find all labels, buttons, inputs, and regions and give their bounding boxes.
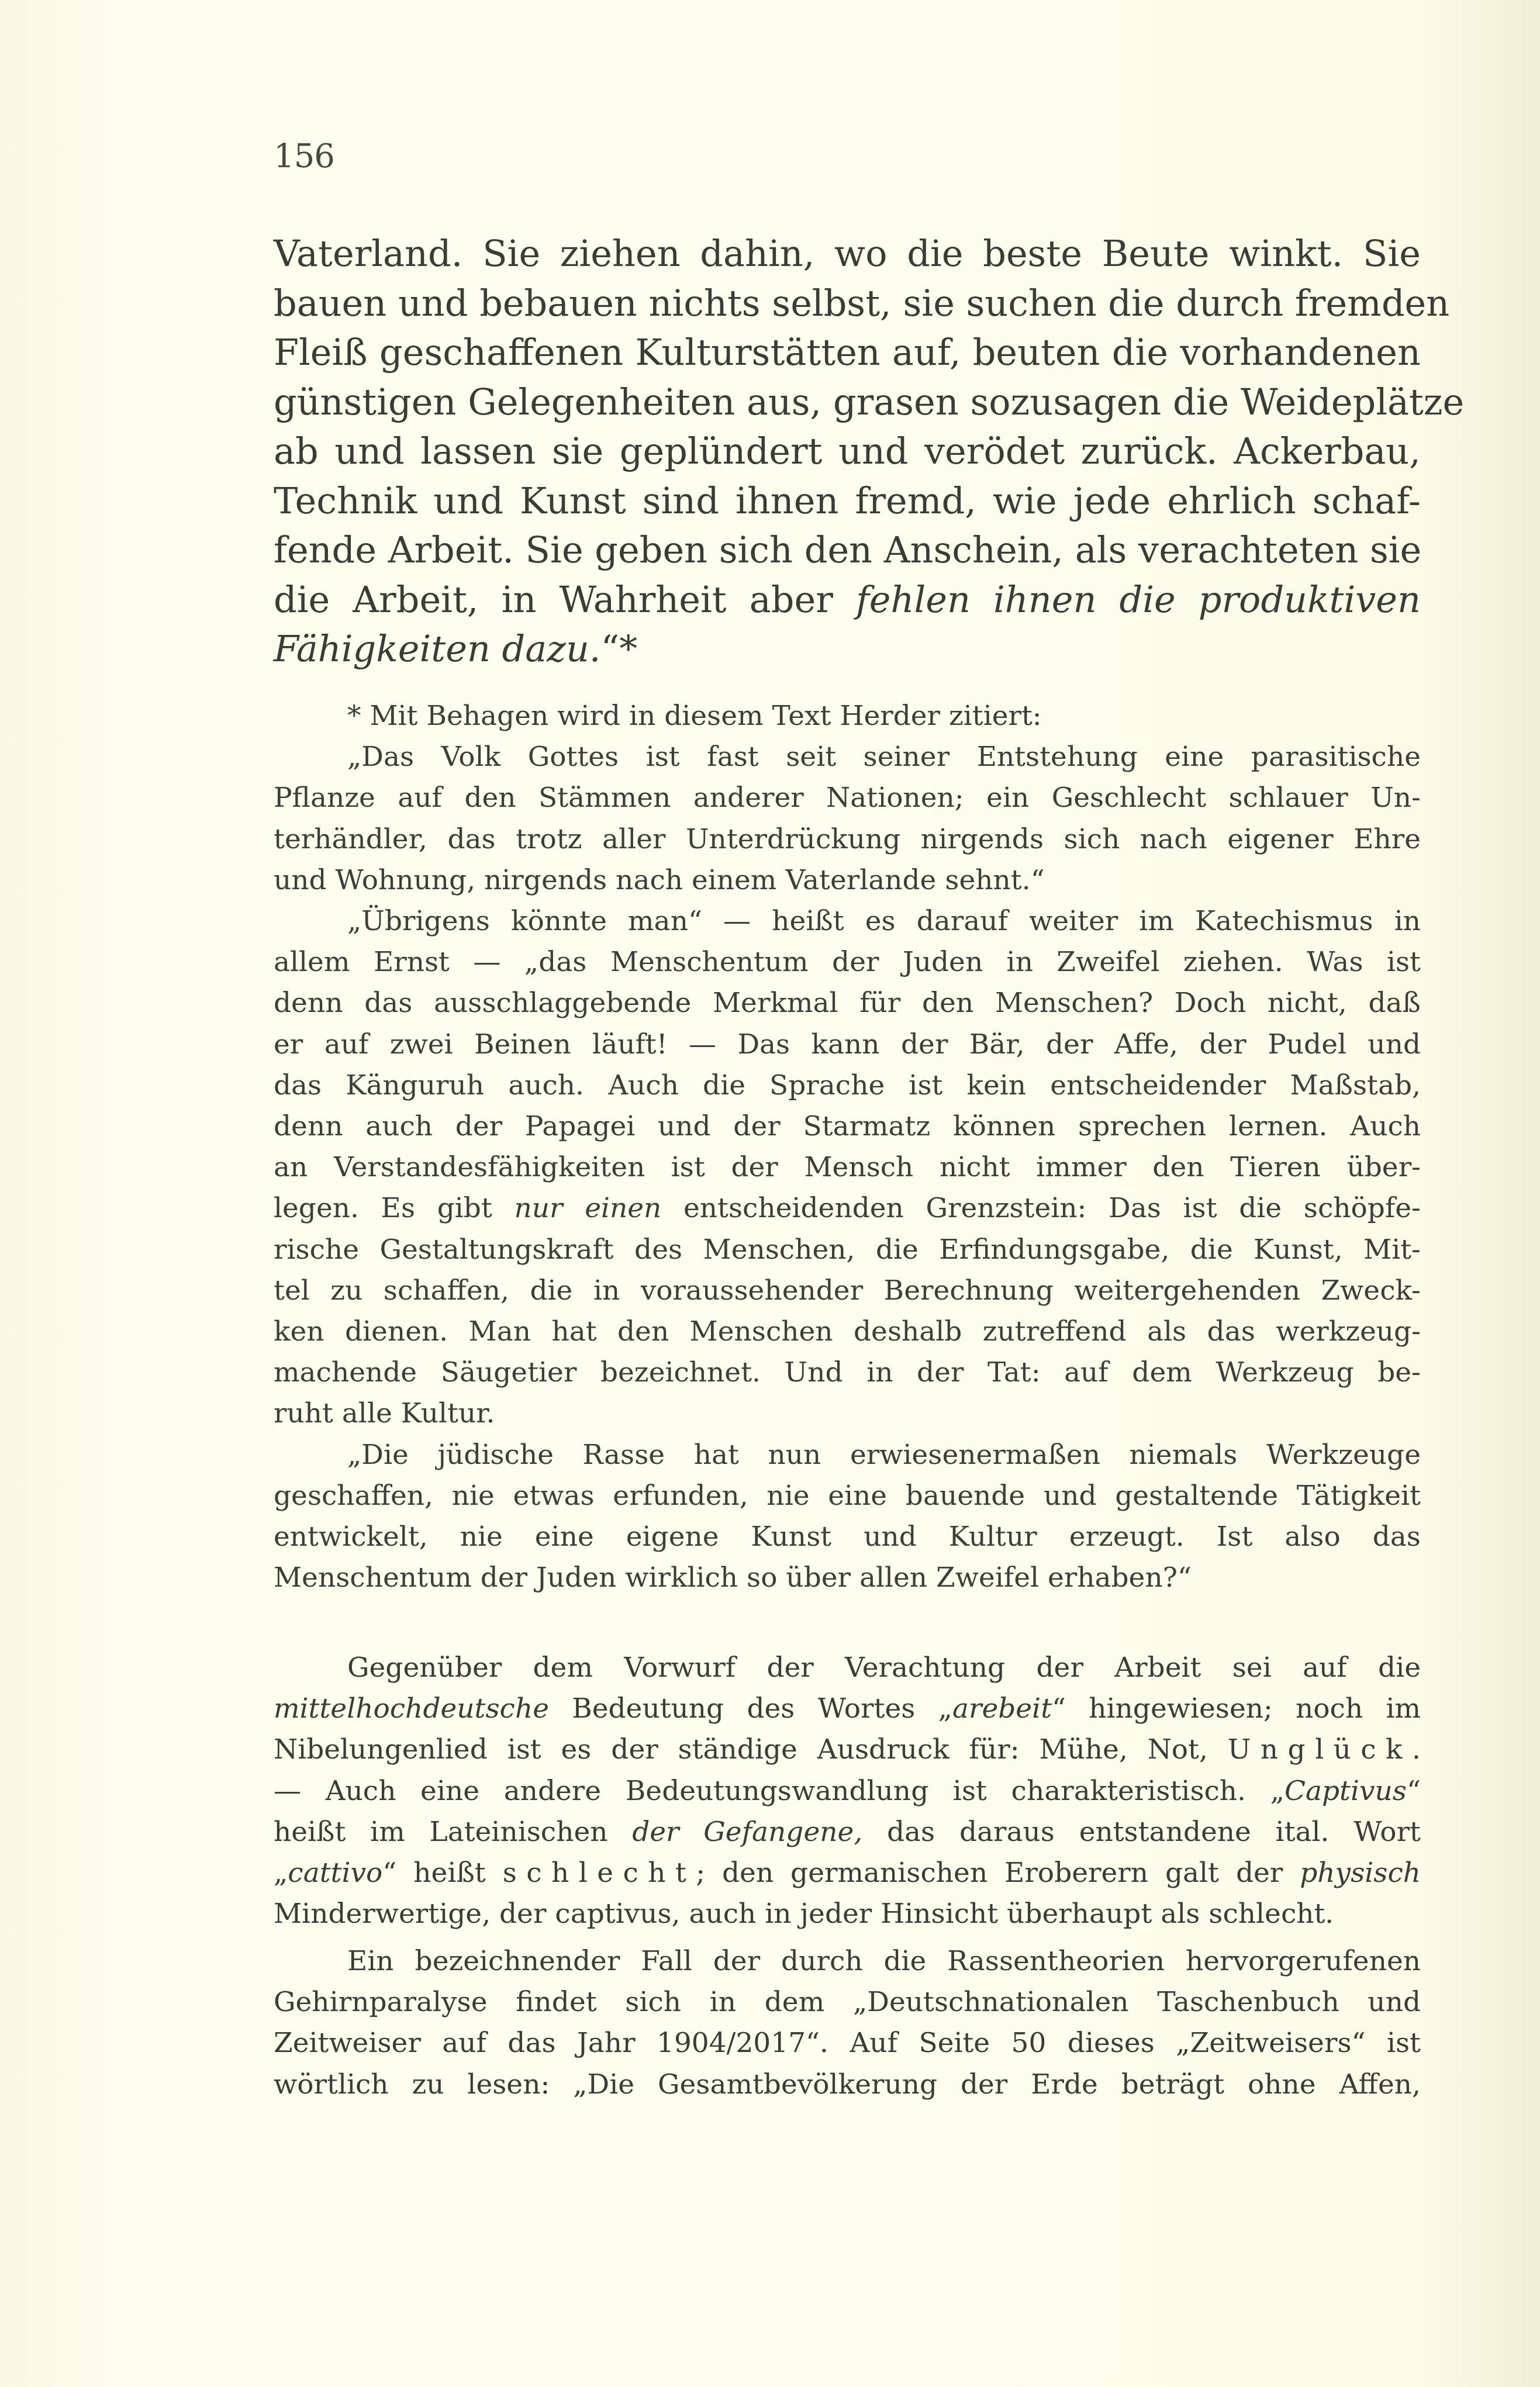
- quote-line: machende Säugetier bezeichnet. Und in de…: [274, 1352, 1421, 1393]
- quote-line: „Übrigens könnte man“ — heißt es darauf …: [274, 901, 1421, 942]
- text-line: Zeitweiser auf das Jahr 1904/2017“. Auf …: [274, 2023, 1421, 2064]
- text-line: ab und lassen sie geplündert und verödet…: [274, 427, 1421, 476]
- emphasis-text: arebeit: [952, 1692, 1052, 1725]
- quote-line: an Verstandesfähigkeiten ist der Mensch …: [274, 1147, 1421, 1188]
- quote-line: terhändler, das trotz aller Unterdrückun…: [274, 819, 1421, 860]
- text-line: Fleiß geschaffenen Kulturstätten auf, be…: [274, 328, 1421, 378]
- quote-line: tel zu schaffen, die in voraussehender B…: [274, 1270, 1421, 1311]
- text-run: die Arbeit, in Wahrheit aber: [274, 578, 856, 621]
- text-line: Gehirnparalyse findet sich in dem „Deuts…: [274, 1982, 1421, 2023]
- footnote-intro: * Mit Behagen wird in diesem Text Herder…: [274, 696, 1421, 737]
- text-line: Minderwertige, der captivus, auch in jed…: [274, 1894, 1421, 1935]
- quote-line: entwickelt, nie eine eigene Kunst und Ku…: [274, 1517, 1421, 1557]
- text-run: ; den germanischen Eroberern galt der: [696, 1857, 1300, 1889]
- quote-line: und Wohnung, nirgends nach einem Vaterla…: [274, 860, 1421, 901]
- page-number: 156: [274, 136, 334, 178]
- text-line: Ein bezeichnender Fall der durch die Ras…: [274, 1941, 1421, 1982]
- emphasis-text: Captivus: [1285, 1775, 1407, 1807]
- text-line: Technik und Kunst sind ihnen fremd, wie …: [274, 476, 1421, 526]
- text-line: Vaterland. Sie ziehen dahin, wo die best…: [274, 229, 1421, 279]
- main-paragraph-1: Vaterland. Sie ziehen dahin, wo die best…: [274, 229, 1421, 674]
- text-run: legen. Es gibt: [274, 1192, 514, 1224]
- emphasis-text: der Gefangene,: [632, 1816, 862, 1848]
- emphasis-text: nur einen: [514, 1192, 661, 1224]
- quote-line: ruht alle Kultur.: [274, 1393, 1421, 1434]
- text-run: das daraus entstandene ital. Wort: [862, 1816, 1421, 1848]
- emphasis-text: cattivo: [288, 1857, 382, 1889]
- text-line: Nibelungenlied ist es der ständige Ausdr…: [274, 1729, 1421, 1770]
- text-line: günstigen Gelegenheiten aus, grasen sozu…: [274, 378, 1421, 427]
- emphasis-text: mittelhochdeutsche: [274, 1692, 549, 1725]
- quote-line: legen. Es gibt nur einen entscheidenden …: [274, 1188, 1421, 1229]
- quote-line: Menschentum der Juden wirklich so über a…: [274, 1557, 1421, 1598]
- text-line: „cattivo“ heißt schlecht; den germanisch…: [274, 1853, 1421, 1894]
- quote-line: „Das Volk Gottes ist fast seit seiner En…: [274, 737, 1421, 778]
- text-line: Fähigkeiten dazu.“*: [274, 624, 1421, 674]
- text-run: “: [1407, 1775, 1421, 1807]
- main-paragraph-2: Gegenüber dem Vorwurf der Verachtung der…: [274, 1647, 1421, 1935]
- quote-line: allem Ernst — „das Menschentum der Juden…: [274, 942, 1421, 983]
- text-run: Nibelungenlied ist es der ständige Ausdr…: [274, 1733, 1228, 1766]
- text-line: die Arbeit, in Wahrheit aber fehlen ihne…: [274, 575, 1421, 625]
- quote-line: ken dienen. Man hat den Menschen deshalb…: [274, 1311, 1421, 1352]
- text-line: wörtlich zu lesen: „Die Gesamtbevölkerun…: [274, 2064, 1421, 2105]
- emphasis-text: Fähigkeiten dazu.: [274, 627, 601, 670]
- quote-line: das Känguruh auch. Auch die Sprache ist …: [274, 1065, 1421, 1106]
- text-run: „: [274, 1857, 288, 1889]
- text-run: “ hingewiesen; noch im: [1052, 1692, 1421, 1725]
- text-line: heißt im Lateinischen der Gefangene, das…: [274, 1812, 1421, 1853]
- text-line: Gegenüber dem Vorwurf der Verachtung der…: [274, 1647, 1421, 1688]
- quote-line: Pflanze auf den Stämmen anderer Nationen…: [274, 778, 1421, 818]
- text-line: — Auch eine andere Bedeutungswandlung is…: [274, 1771, 1421, 1812]
- text-line: bauen und bebauen nichts selbst, sie suc…: [274, 279, 1421, 329]
- emphasis-text: fehlen ihnen die produktiven: [856, 578, 1421, 621]
- quote-line: „Die jüdische Rasse hat nun erwiesenerma…: [274, 1435, 1421, 1476]
- quote-line: geschaffen, nie etwas erfunden, nie eine…: [274, 1476, 1421, 1517]
- quote-line: rische Gestaltungskraft des Menschen, di…: [274, 1229, 1421, 1270]
- main-paragraph-3: Ein bezeichnender Fall der durch die Ras…: [274, 1941, 1421, 2105]
- emphasis-text: physisch: [1300, 1857, 1421, 1889]
- text-line: mittelhochdeutsche Bedeutung des Wortes …: [274, 1688, 1421, 1729]
- text-line: fende Arbeit. Sie geben sich den Anschei…: [274, 526, 1421, 575]
- quote-line: er auf zwei Beinen läuft! — Das kann der…: [274, 1024, 1421, 1065]
- footnote: * Mit Behagen wird in diesem Text Herder…: [274, 696, 1421, 1598]
- spaced-emphasis-text: Unglück: [1228, 1733, 1412, 1766]
- text-run: Bedeutung des Wortes „: [549, 1692, 952, 1725]
- text-run: heißt im Lateinischen: [274, 1816, 632, 1848]
- footnote-marker: “*: [601, 627, 638, 670]
- spaced-emphasis-text: schlecht: [503, 1857, 696, 1889]
- text-run: entscheidenden Grenzstein: Das ist die s…: [661, 1192, 1421, 1224]
- quote-line: denn auch der Papagei und der Starmatz k…: [274, 1106, 1421, 1147]
- quote-line: denn das ausschlaggebende Merkmal für de…: [274, 983, 1421, 1024]
- text-run: “ heißt: [382, 1857, 502, 1889]
- text-run: — Auch eine andere Bedeutungswandlung is…: [274, 1775, 1285, 1807]
- text-run: .: [1412, 1733, 1421, 1766]
